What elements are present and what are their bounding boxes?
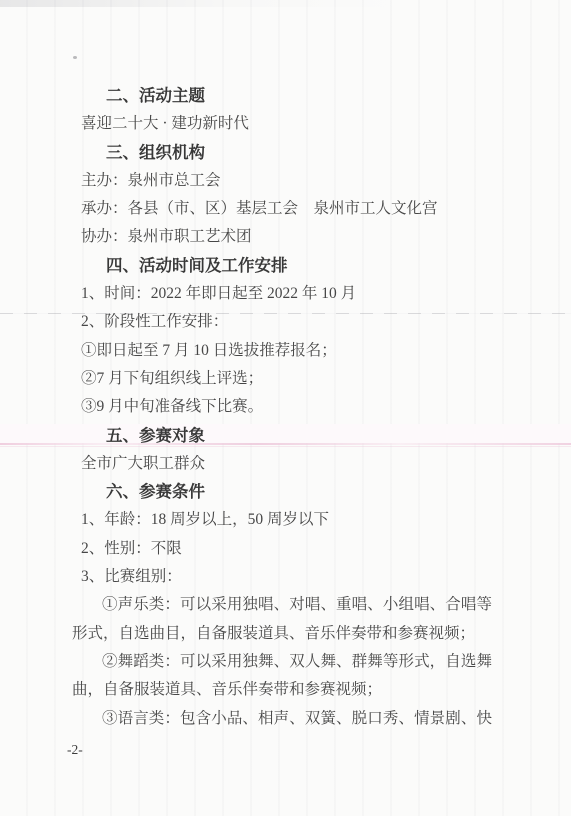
- document-line: 2、阶段性工作安排：: [81, 308, 492, 336]
- document-line: 喜迎二十大 · 建功新时代: [81, 110, 492, 138]
- page-number: -2-: [67, 740, 83, 760]
- document-line: 形式，自选曲目，自备服装道具、音乐伴奏带和参赛视频；: [72, 620, 492, 648]
- document-line: 五、参赛对象: [106, 422, 492, 450]
- document-line: 六、参赛条件: [106, 478, 492, 506]
- document-line: 2、性别：不限: [81, 535, 492, 563]
- document-line: ①声乐类：可以采用独唱、对唱、重唱、小组唱、合唱等: [102, 591, 492, 619]
- scan-dot-artifact: [73, 56, 77, 59]
- document-page: 二、活动主题喜迎二十大 · 建功新时代三、组织机构主办：泉州市总工会承办：各县（…: [0, 0, 571, 816]
- document-line: ③9 月中旬准备线下比赛。: [81, 393, 492, 421]
- document-line: 三、组织机构: [106, 139, 492, 167]
- document-line: 全市广大职工群众: [81, 450, 492, 478]
- document-line: ①即日起至 7 月 10 日选拔推荐报名；: [81, 337, 492, 365]
- document-body: 二、活动主题喜迎二十大 · 建功新时代三、组织机构主办：泉州市总工会承办：各县（…: [72, 82, 492, 733]
- document-line: 二、活动主题: [106, 82, 492, 110]
- document-line: 四、活动时间及工作安排: [106, 252, 492, 280]
- document-line: 1、年龄：18 周岁以上，50 周岁以下: [81, 506, 492, 534]
- scan-edge-shade-artifact: [0, 0, 571, 7]
- document-line: 曲，自备服装道具、音乐伴奏带和参赛视频；: [72, 676, 492, 704]
- document-line: 3、比赛组别：: [81, 563, 492, 591]
- document-line: ②7 月下旬组织线上评选；: [81, 365, 492, 393]
- document-line: 协办：泉州市职工艺术团: [81, 223, 492, 251]
- document-line: 主办：泉州市总工会: [81, 167, 492, 195]
- document-line: 1、时间：2022 年即日起至 2022 年 10 月: [81, 280, 492, 308]
- document-line: ②舞蹈类：可以采用独舞、双人舞、群舞等形式，自选舞: [102, 648, 492, 676]
- document-line: 承办：各县（市、区）基层工会 泉州市工人文化宫: [81, 195, 492, 223]
- document-line: ③语言类：包含小品、相声、双簧、脱口秀、情景剧、快: [102, 705, 492, 733]
